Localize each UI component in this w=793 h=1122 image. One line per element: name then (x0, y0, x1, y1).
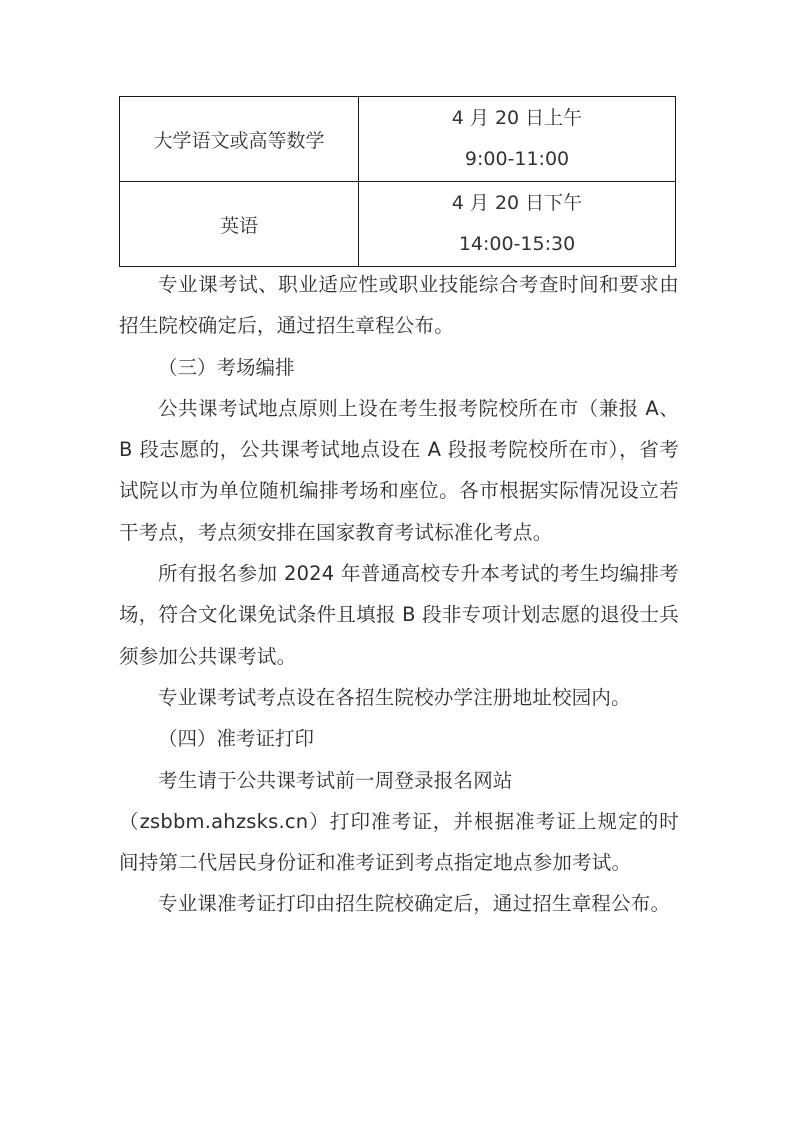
document-page: 大学语文或高等数学 4 月 20 日上午 9:00-11:00 英语 4 月 2… (0, 0, 793, 1122)
subject-cell: 英语 (120, 182, 359, 267)
paragraph-ticket-print-line1: 考生请于公共课考试前一周登录报名网站 (119, 760, 679, 801)
document-body: 专业课考试、职业适应性或职业技能综合考查时间和要求由招生院校确定后，通过招生章程… (119, 264, 679, 925)
paragraph-ticket-print-details: （zsbbm.ahzsks.cn）打印准考证，并根据准考证上规定的时间持第二代居… (119, 801, 679, 884)
exam-time: 9:00-11:00 (359, 139, 675, 180)
subject-cell: 大学语文或高等数学 (120, 97, 359, 182)
datetime-cell: 4 月 20 日上午 9:00-11:00 (359, 97, 676, 182)
paragraph-professional-ticket: 专业课准考证打印由招生院校确定后，通过招生章程公布。 (119, 883, 679, 924)
paragraph-professional-exam-time: 专业课考试、职业适应性或职业技能综合考查时间和要求由招生院校确定后，通过招生章程… (119, 264, 679, 347)
exam-date: 4 月 20 日下午 (359, 183, 675, 224)
table-row: 大学语文或高等数学 4 月 20 日上午 9:00-11:00 (120, 97, 676, 182)
paragraph-exam-room-assignment: 所有报名参加 2024 年普通高校专升本考试的考生均编排考场，符合文化课免试条件… (119, 553, 679, 677)
subject-name: 英语 (220, 215, 258, 237)
exam-time: 14:00-15:30 (359, 224, 675, 265)
exam-schedule-table: 大学语文或高等数学 4 月 20 日上午 9:00-11:00 英语 4 月 2… (119, 96, 676, 267)
datetime-cell: 4 月 20 日下午 14:00-15:30 (359, 182, 676, 267)
table-row: 英语 4 月 20 日下午 14:00-15:30 (120, 182, 676, 267)
section-heading-admission-ticket: （四）准考证打印 (119, 718, 679, 759)
section-heading-exam-arrangement: （三）考场编排 (119, 347, 679, 388)
paragraph-professional-exam-location: 专业课考试考点设在各招生院校办学注册地址校园内。 (119, 677, 679, 718)
exam-date: 4 月 20 日上午 (359, 98, 675, 139)
subject-name: 大学语文或高等数学 (153, 130, 324, 152)
paragraph-public-exam-location: 公共课考试地点原则上设在考生报考院校所在市（兼报 A、B 段志愿的，公共课考试地… (119, 388, 679, 553)
